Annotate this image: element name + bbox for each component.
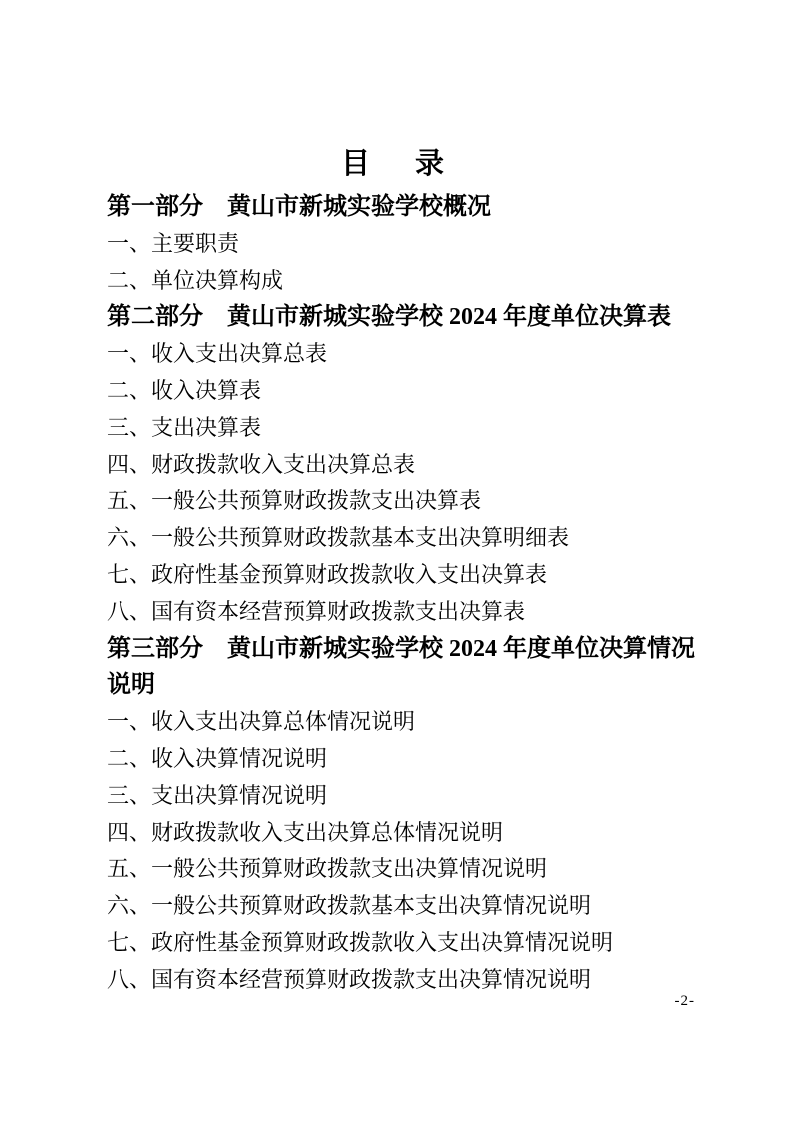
toc-item: 二、单位决算构成 [107,263,747,300]
section-3-heading-line-1: 第三部分 黄山市新城实验学校 2024 年度单位决算情况 [107,631,747,668]
toc-item: 六、一般公共预算财政拨款基本支出决算情况说明 [107,888,747,925]
document-page: 目 录 第一部分 黄山市新城实验学校概况 一、主要职责 二、单位决算构成 第二部… [0,0,793,1122]
toc-item: 四、财政拨款收入支出决算总体情况说明 [107,815,747,852]
toc-item: 五、一般公共预算财政拨款支出决算表 [107,483,747,520]
toc-item: 三、支出决算情况说明 [107,778,747,815]
section-3-heading-line-2: 说明 [107,667,747,704]
toc-item: 七、政府性基金预算财政拨款收入支出决算情况说明 [107,925,747,962]
toc-item: 七、政府性基金预算财政拨款收入支出决算表 [107,557,747,594]
page-number: -2- [675,992,696,1010]
toc-item: 一、收入支出决算总表 [107,336,747,373]
toc-title: 目 录 [0,0,793,183]
section-1-heading: 第一部分 黄山市新城实验学校概况 [107,189,747,226]
toc-item: 一、主要职责 [107,226,747,263]
toc-content: 第一部分 黄山市新城实验学校概况 一、主要职责 二、单位决算构成 第二部分 黄山… [107,189,747,999]
toc-item: 三、支出决算表 [107,410,747,447]
toc-item: 六、一般公共预算财政拨款基本支出决算明细表 [107,520,747,557]
section-2-heading: 第二部分 黄山市新城实验学校 2024 年度单位决算表 [107,299,747,336]
toc-item: 八、国有资本经营预算财政拨款支出决算表 [107,594,747,631]
toc-item: 八、国有资本经营预算财政拨款支出决算情况说明 [107,962,747,999]
toc-item: 二、收入决算情况说明 [107,741,747,778]
toc-item: 二、收入决算表 [107,373,747,410]
toc-item: 一、收入支出决算总体情况说明 [107,704,747,741]
toc-item: 五、一般公共预算财政拨款支出决算情况说明 [107,851,747,888]
toc-item: 四、财政拨款收入支出决算总表 [107,447,747,484]
